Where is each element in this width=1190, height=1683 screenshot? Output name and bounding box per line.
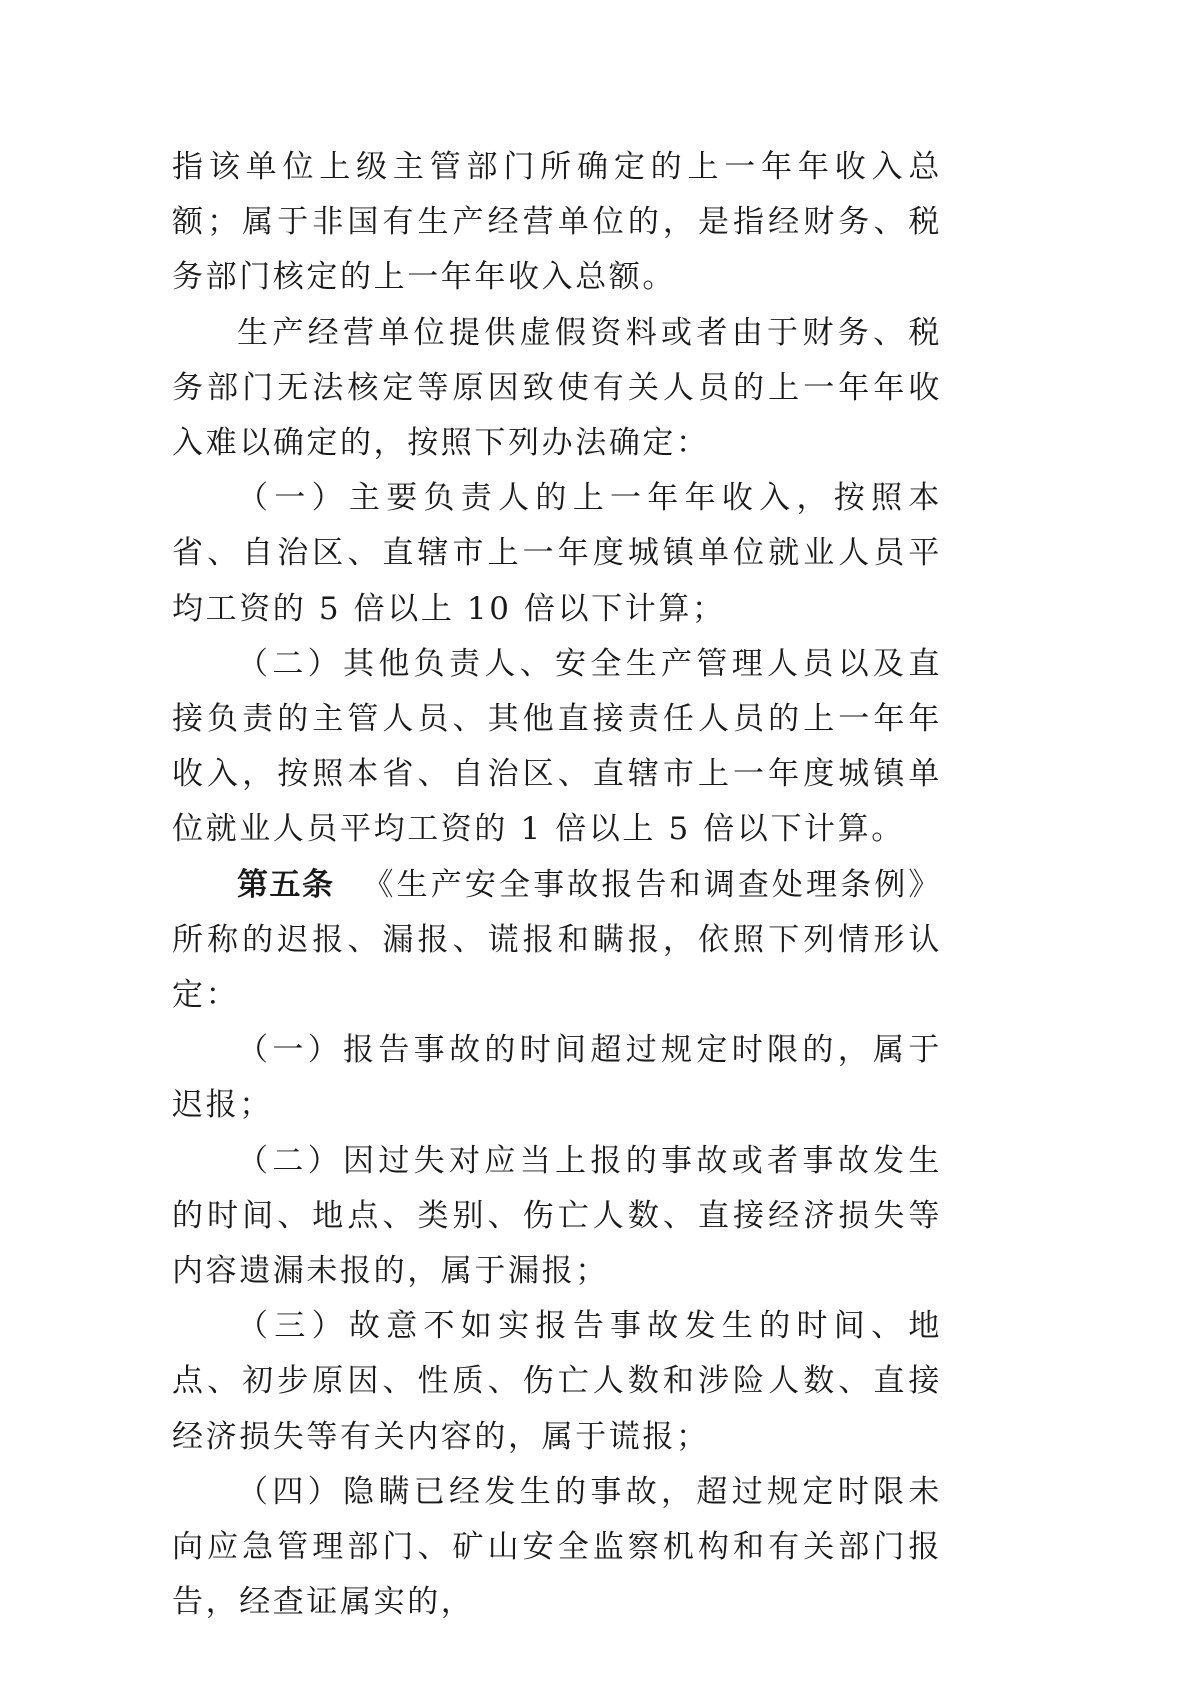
paragraph-late-report: （一）报告事故的时间超过规定时限的，属于迟报；	[172, 1023, 942, 1133]
document-page: 指该单位上级主管部门所确定的上一年年收入总额；属于非国有生产经营单位的，是指经财…	[172, 140, 942, 1630]
paragraph-income-definition: 指该单位上级主管部门所确定的上一年年收入总额；属于非国有生产经营单位的，是指经财…	[172, 140, 942, 306]
article-label: 第五条	[237, 867, 335, 903]
paragraph-item-2-other-persons: （二）其他负责人、安全生产管理人员以及直接负责的主管人员、其他直接责任人员的上一…	[172, 637, 942, 858]
paragraph-omitted-report: （二）因过失对应当上报的事故或者事故发生的时间、地点、类别、伤亡人数、直接经济损…	[172, 1134, 942, 1300]
paragraph-income-undeterminable: 生产经营单位提供虚假资料或者由于财务、税务部门无法核定等原因致使有关人员的上一年…	[172, 306, 942, 472]
paragraph-false-report: （三）故意不如实报告事故发生的时间、地点、初步原因、性质、伤亡人数和涉险人数、直…	[172, 1299, 942, 1465]
paragraph-concealed-report: （四）隐瞒已经发生的事故，超过规定时限未向应急管理部门、矿山安全监察机构和有关部…	[172, 1465, 942, 1631]
paragraph-item-1-principal: （一）主要负责人的上一年年收入，按照本省、自治区、直辖市上一年度城镇单位就业人员…	[172, 471, 942, 637]
paragraph-article-5: 第五条《生产安全事故报告和调查处理条例》所称的迟报、漏报、谎报和瞒报，依照下列情…	[172, 858, 942, 1024]
